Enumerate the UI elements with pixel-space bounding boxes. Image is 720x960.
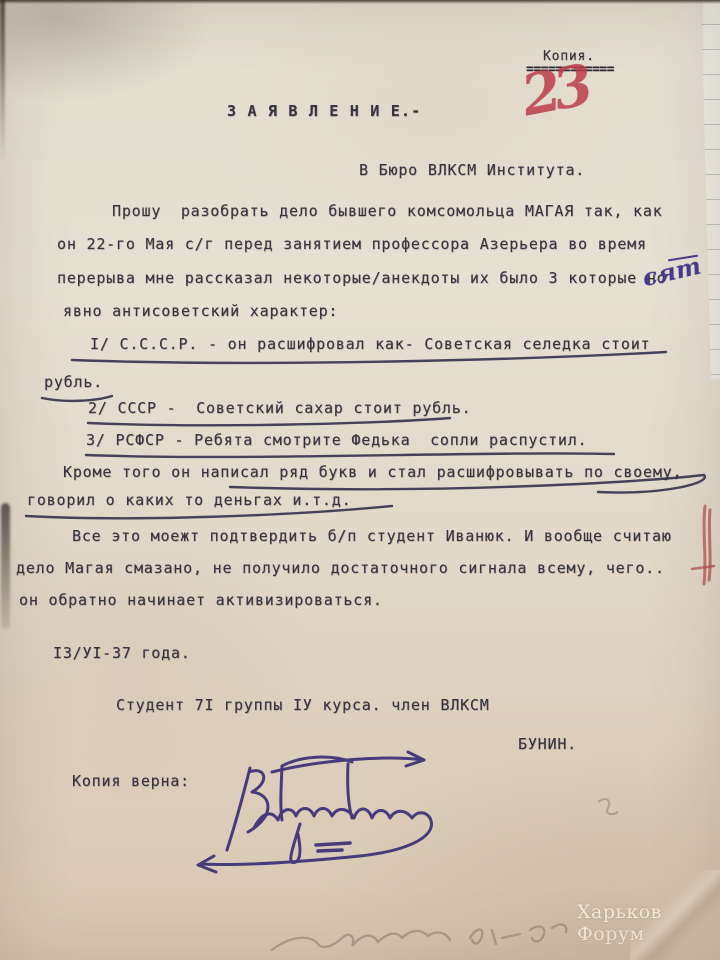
body-line: дело Магая смазано, не получило достаточ… [16,560,665,576]
document-photo: Копия. ============ 23 З А Я В Л Е Н И Е… [0,0,720,960]
handwritten-red-number: 23 [516,53,591,130]
copy-certified-label: Копия верна: [72,773,190,789]
body-line: перерыва мне рассказал некоторые/анекдот… [57,270,667,286]
date-line: I3/УI-37 года. [53,645,191,661]
body-line: Все это моежт подтвердить б/п студент Ив… [72,528,672,544]
student-line: Студент 7I группы IУ курса. член ВЛКСМ [116,697,490,713]
body-line: он 22-го Мая с/г перед занятием профессо… [57,236,647,252]
signature-scribble [198,752,432,872]
pencil-inscription [272,925,566,950]
watermark-text: Харьков Форум [577,901,720,945]
list-item-1-cont: рубль. [44,374,103,390]
surname-line: БУНИН. [518,736,577,752]
body-line: он обратно начинает активизироваться. [19,592,383,608]
list-item-1: I/ С.С.С.Р. - он расшифровал как- Советс… [90,336,650,352]
list-item-2: 2/ СССР - Советский сахар стоит рубль. [88,400,471,416]
background-ruled-paper-edge [698,0,720,380]
addressee-line: В Бюро ВЛКСМ Института. [359,162,585,178]
body-line: Прошу разобрать дело бывшего комсомольца… [112,203,663,219]
document-title: З А Я В Л Е Н И Е.- [227,103,421,119]
photo-top-edge [0,0,720,4]
left-margin-ink-smudge [1,503,10,629]
body-line: Кроме того он написал ряд букв и стал ра… [63,464,682,480]
body-line: говорил о каких то деньгах и.т.д. [27,492,351,508]
red-margin-mark [692,506,714,584]
pencil-squiggle [598,799,618,814]
body-line: явно антисоветский характер: [63,303,338,319]
list-item-3: 3/ РСФСР - Ребята смотрите Федька сопли … [86,432,587,448]
photo-left-edge [0,0,5,160]
